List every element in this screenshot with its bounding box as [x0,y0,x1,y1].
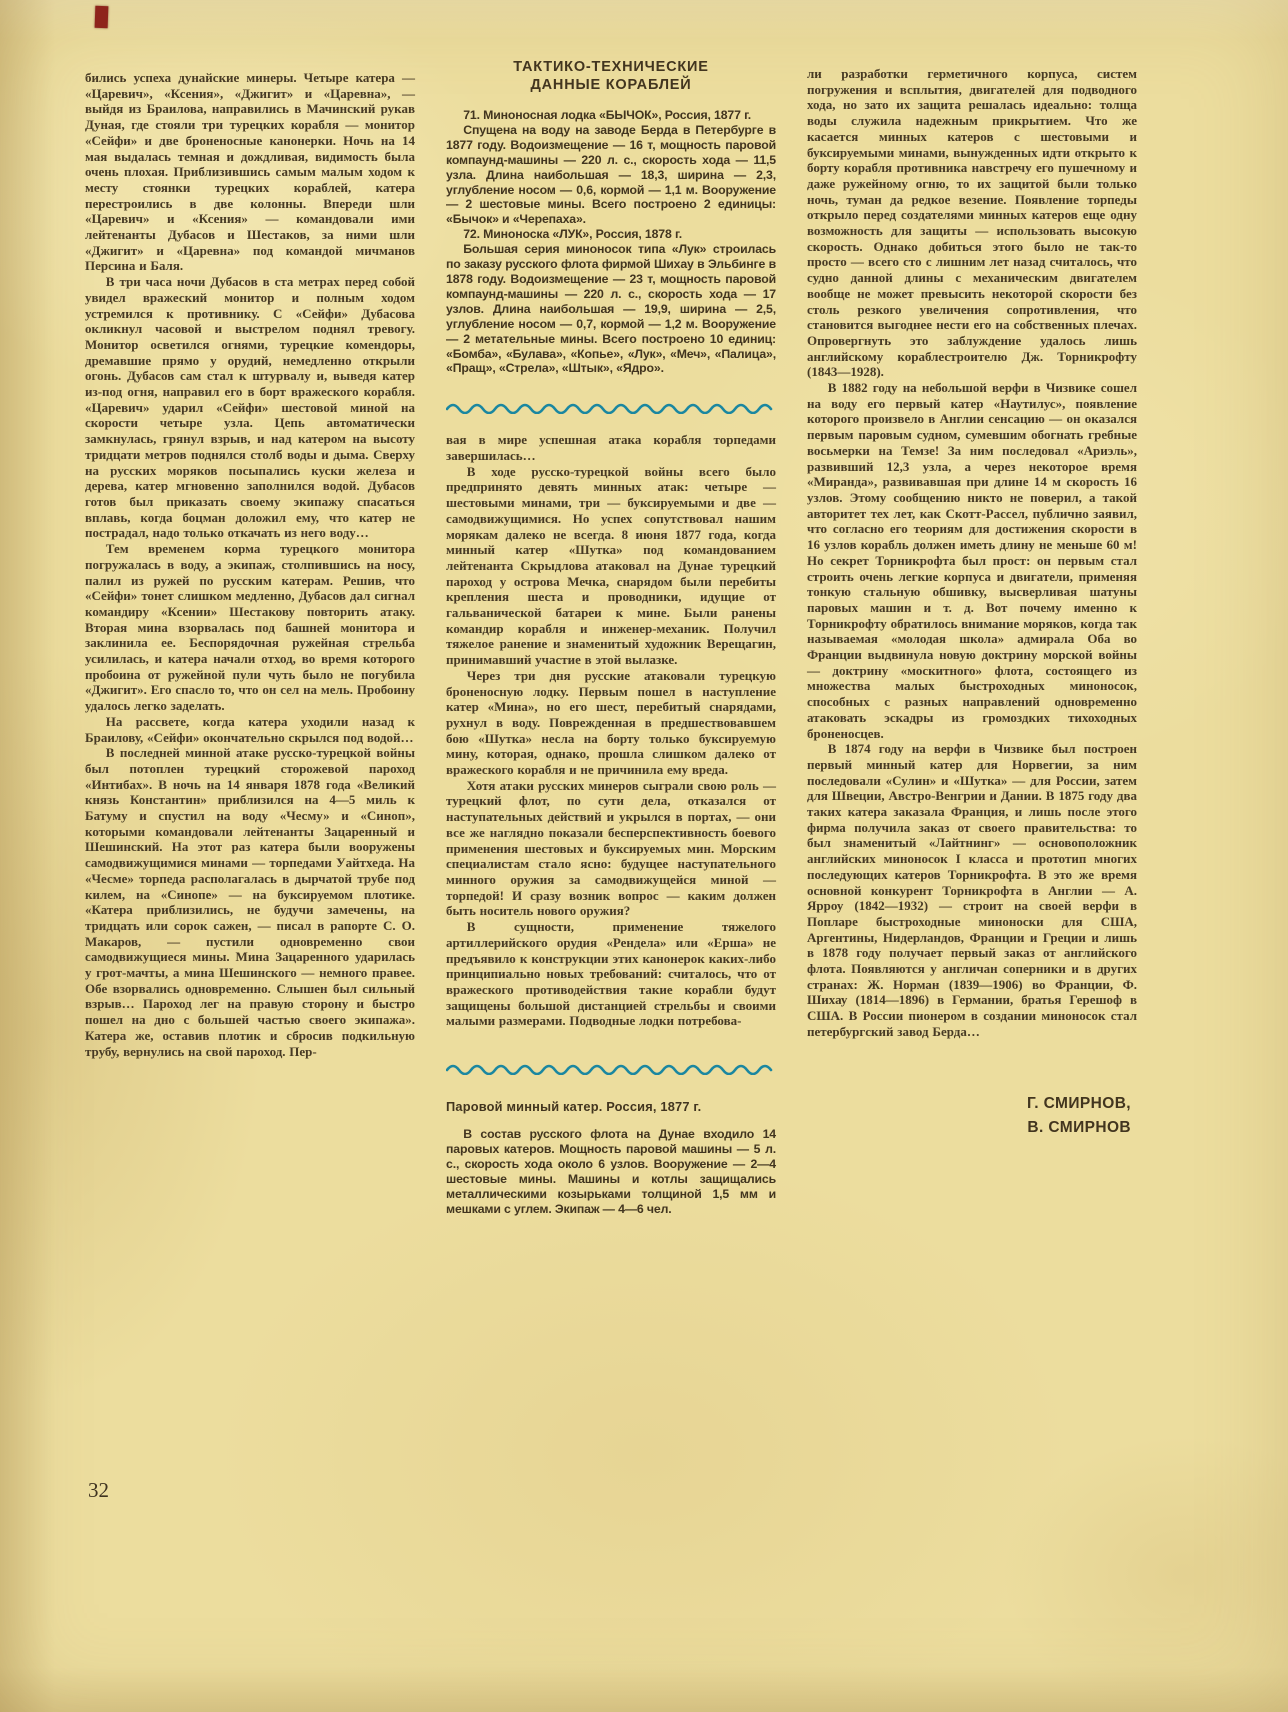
body-paragraph: Через три дня русские атаковали турецкую… [446,668,776,778]
right-column: ли разработки герметичного корпуса, сист… [807,54,1137,1216]
body-paragraph: В три часа ночи Дубасов в ста метрах пер… [85,274,415,541]
tech-data-header: ТАКТИКО-ТЕХНИЧЕСКИЕ ДАННЫЕ КОРАБЛЕЙ [477,58,745,94]
tech-entry-body: Большая серия миноносок типа «Лук» строи… [446,242,776,376]
body-paragraph: В 1874 году на верфи в Чизвике был постр… [807,741,1137,1039]
body-paragraph: В последней минной атаке русско-турецкой… [85,745,415,1059]
author-name: В. СМИРНОВ [807,1116,1131,1140]
body-paragraph: бились успеха дунайские минеры. Четыре к… [85,70,415,274]
wavy-divider [446,1063,776,1075]
body-paragraph: В ходе русско-турецкой войны всего было … [446,464,776,668]
author-name: Г. СМИРНОВ, [807,1092,1131,1116]
body-paragraph: На рассвете, когда катера уходили назад … [85,714,415,745]
magazine-page: бились успеха дунайские минеры. Четыре к… [0,0,1288,1712]
photo-caption-body: В состав русского флота на Дунае входило… [446,1127,776,1216]
author-signature: Г. СМИРНОВ, В. СМИРНОВ [807,1092,1137,1140]
body-paragraph: Хотя атаки русских минеров сыграли свою … [446,778,776,919]
left-column: бились успеха дунайские минеры. Четыре к… [85,54,415,1216]
page-columns: бились успеха дунайские минеры. Четыре к… [85,54,1137,1216]
print-registration-mark [95,6,109,28]
tech-entry-body: Спущена на воду на заводе Берда в Петерб… [446,123,776,227]
body-paragraph: Тем временем корма турецкого монитора по… [85,541,415,714]
wavy-divider [446,402,776,414]
page-number: 32 [88,1478,109,1503]
body-paragraph: В сущности, применение тяжелого артиллер… [446,919,776,1029]
tech-entry-title: 72. Миноноска «ЛУК», Россия, 1878 г. [446,227,776,242]
middle-column: ТАКТИКО-ТЕХНИЧЕСКИЕ ДАННЫЕ КОРАБЛЕЙ 71. … [446,54,776,1216]
photo-caption-title: Паровой минный катер. Россия, 1877 г. [446,1099,776,1115]
body-paragraph: В 1882 году на небольшой верфи в Чизвике… [807,380,1137,741]
body-paragraph: ли разработки герметичного корпуса, сист… [807,66,1137,380]
tech-entry-title: 71. Миноносная лодка «БЫЧОК», Россия, 18… [446,108,776,123]
body-paragraph: вая в мире успешная атака корабля торпед… [446,432,776,463]
